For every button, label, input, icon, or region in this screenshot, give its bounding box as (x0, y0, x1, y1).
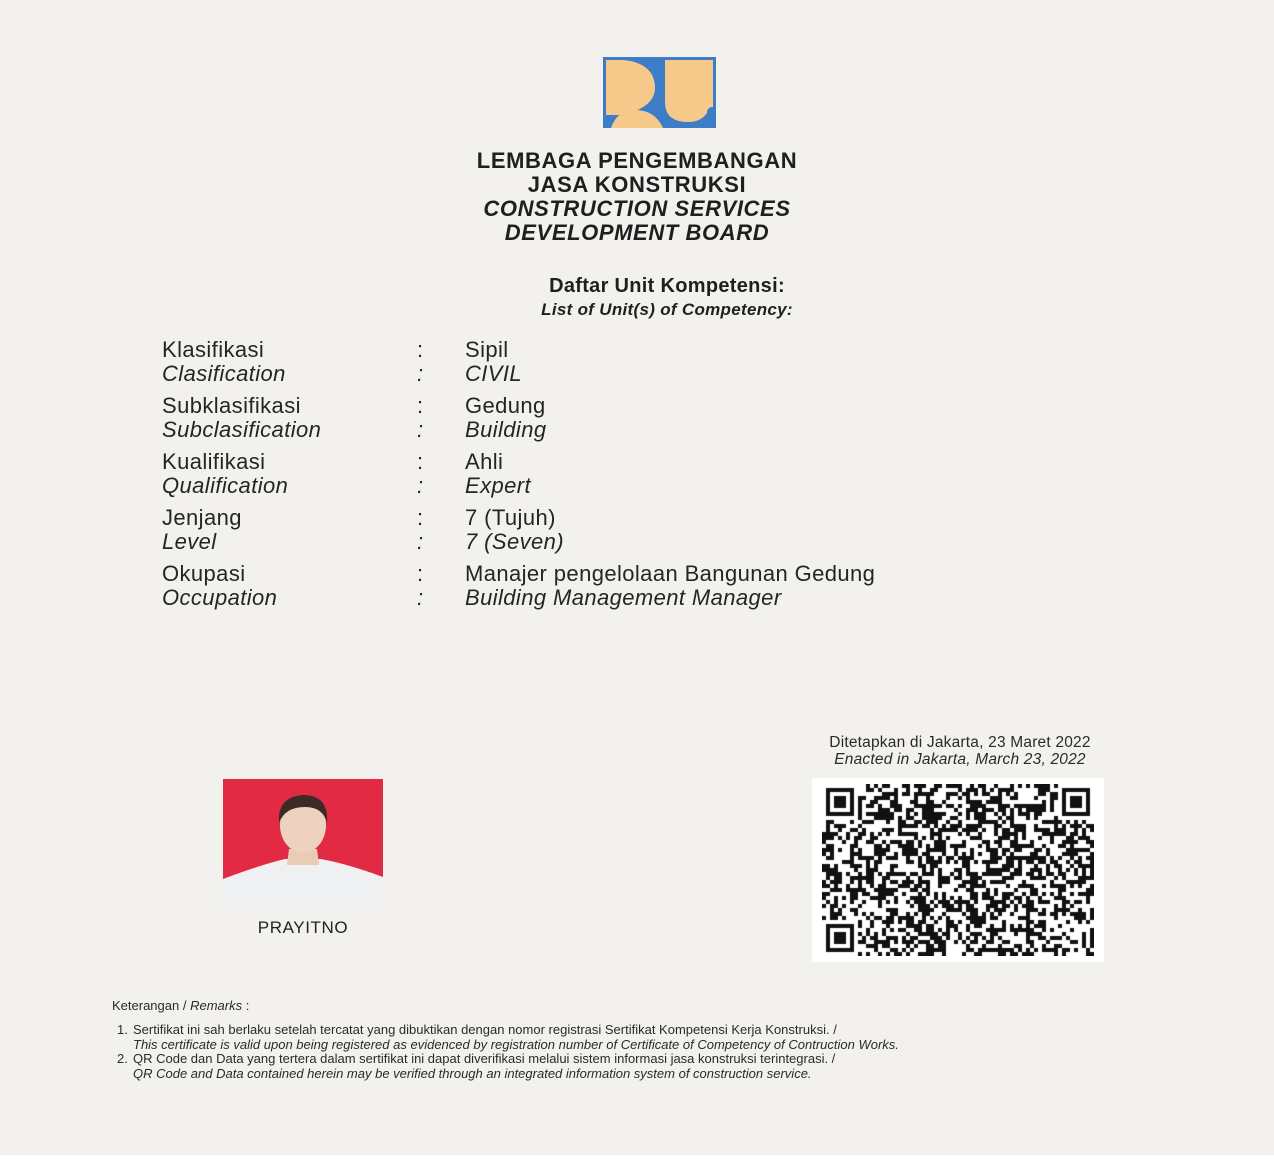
field-label-en: Occupation (162, 586, 417, 610)
enacted-id: Ditetapkan di Jakarta, 23 Maret 2022 (760, 734, 1160, 751)
field-separator: : (417, 450, 465, 474)
field-subclassification: Subklasifikasi : Gedung Subclasification… (162, 394, 1162, 442)
field-separator: : (417, 418, 465, 442)
field-separator: : (417, 530, 465, 554)
field-occupation: Okupasi : Manajer pengelolaan Bangunan G… (162, 562, 1162, 610)
field-separator: : (417, 586, 465, 610)
field-value-id: Gedung (465, 394, 1162, 418)
field-value-en: Expert (465, 474, 1162, 498)
field-value-en: 7 (Seven) (465, 530, 1162, 554)
qr-code (812, 778, 1104, 962)
field-value-id: 7 (Tujuh) (465, 506, 1162, 530)
org-name-id-line2: JASA KONSTRUKSI (0, 172, 1274, 197)
remark-item: 2. QR Code dan Data yang tertera dalam s… (117, 1052, 1227, 1081)
remark-text-en: QR Code and Data contained herein may be… (133, 1067, 835, 1082)
field-separator: : (417, 562, 465, 586)
field-label-en: Qualification (162, 474, 417, 498)
field-level: Jenjang : 7 (Tujuh) Level : 7 (Seven) (162, 506, 1162, 554)
remark-text-id: Sertifikat ini sah berlaku setelah terca… (133, 1023, 899, 1038)
org-name-en-line2: DEVELOPMENT BOARD (0, 220, 1274, 245)
remark-text-id: QR Code dan Data yang tertera dalam sert… (133, 1052, 835, 1067)
field-value-id: Ahli (465, 450, 1162, 474)
section-title-id: Daftar Unit Kompetensi: (0, 275, 1274, 298)
field-label-en: Level (162, 530, 417, 554)
field-value-en: Building Management Manager (465, 586, 1162, 610)
remarks-title-id: Keterangan / (112, 998, 186, 1013)
remarks-title: Keterangan / Remarks : (112, 998, 249, 1013)
field-value-en: CIVIL (465, 362, 1162, 386)
field-label-id: Kualifikasi (162, 450, 417, 474)
field-separator: : (417, 506, 465, 530)
scan-edge (0, 1155, 1274, 1162)
remarks-list: 1. Sertifikat ini sah berlaku setelah te… (117, 1023, 1227, 1081)
org-name-en-line1: CONSTRUCTION SERVICES (0, 196, 1274, 221)
field-separator: : (417, 338, 465, 362)
remarks-title-en: Remarks (190, 998, 242, 1013)
field-value-id: Manajer pengelolaan Bangunan Gedung (465, 562, 1162, 586)
remark-text-en: This certificate is valid upon being reg… (133, 1038, 899, 1053)
enacted-statement: Ditetapkan di Jakarta, 23 Maret 2022 Ena… (760, 734, 1160, 768)
certificate-page: LEMBAGA PENGEMBANGAN JASA KONSTRUKSI CON… (0, 0, 1274, 1162)
field-label-id: Okupasi (162, 562, 417, 586)
qr-code-icon (822, 784, 1094, 956)
person-photo-icon (223, 779, 383, 911)
remark-number: 1. (117, 1023, 133, 1052)
field-label-id: Jenjang (162, 506, 417, 530)
field-classification: Klasifikasi : Sipil Clasification : CIVI… (162, 338, 1162, 386)
pu-logo-icon (603, 57, 716, 128)
field-value-id: Sipil (465, 338, 1162, 362)
field-separator: : (417, 362, 465, 386)
org-name-id-line1: LEMBAGA PENGEMBANGAN (0, 148, 1274, 173)
field-label-id: Subklasifikasi (162, 394, 417, 418)
holder-photo (223, 779, 383, 911)
competency-fields: Klasifikasi : Sipil Clasification : CIVI… (162, 338, 1162, 618)
remarks-title-suffix: : (246, 998, 250, 1013)
field-qualification: Kualifikasi : Ahli Qualification : Exper… (162, 450, 1162, 498)
field-separator: : (417, 394, 465, 418)
field-separator: : (417, 474, 465, 498)
field-label-id: Klasifikasi (162, 338, 417, 362)
field-value-en: Building (465, 418, 1162, 442)
field-label-en: Subclasification (162, 418, 417, 442)
remark-number: 2. (117, 1052, 133, 1081)
section-title-en: List of Unit(s) of Competency: (0, 300, 1274, 320)
field-label-en: Clasification (162, 362, 417, 386)
remark-item: 1. Sertifikat ini sah berlaku setelah te… (117, 1023, 1227, 1052)
holder-name: PRAYITNO (223, 918, 383, 938)
enacted-en: Enacted in Jakarta, March 23, 2022 (760, 751, 1160, 768)
